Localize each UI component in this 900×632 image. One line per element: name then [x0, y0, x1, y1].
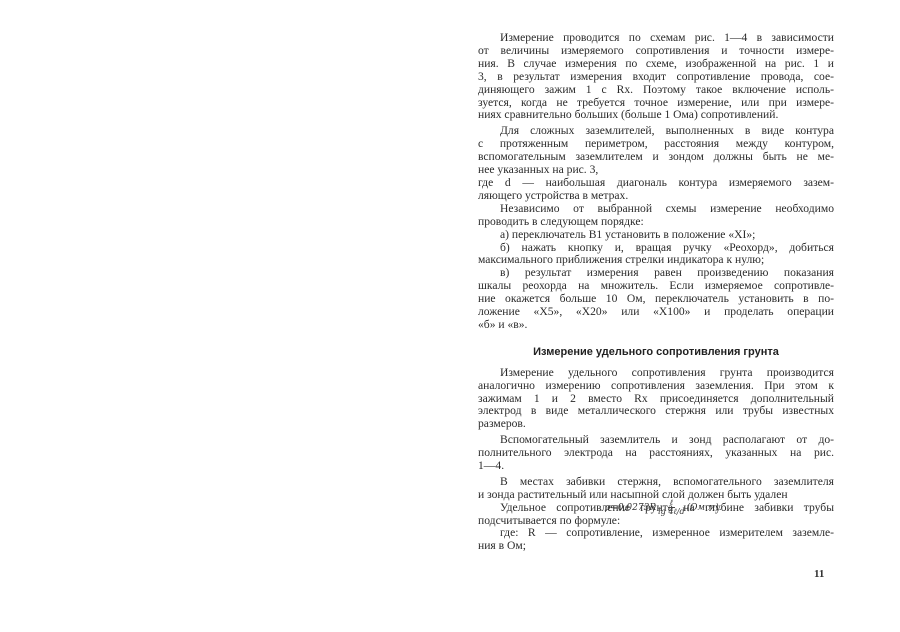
text-line: проводить в следующем порядке:	[478, 216, 834, 229]
text-line: Измерение проводится по схемам рис. 1—4 …	[478, 32, 834, 45]
section-heading: Измерение удельного сопротивления грунта	[478, 346, 834, 359]
text-line: ния в Ом;	[478, 540, 834, 553]
paragraph-diagonal-definition: где d — наибольшая диагональ контура изм…	[478, 177, 834, 203]
text-line: 3, в результат измерения входит сопротив…	[478, 71, 834, 84]
paragraph-soil-resistivity: Измерение удельного сопротивления грунта…	[478, 367, 834, 432]
text-line: Независимо от выбранной схемы измерение …	[478, 203, 834, 216]
text-line: «б» и «в».	[478, 319, 834, 332]
resistivity-formula: ρ=0,0273R ℓ lg 4ℓ/d (Ом·м).	[605, 499, 722, 516]
text-line: полнительного электрода на расстояниях, …	[478, 447, 834, 460]
text-line: ляющего устройства в метрах.	[478, 190, 834, 203]
text-line: электрод в виде металлического стержня и…	[478, 405, 834, 418]
text-line: 1—4.	[478, 460, 834, 473]
formula-unit: (Ом·м).	[687, 503, 722, 513]
text-line: ложение «X5», «X20» или «X100» и продела…	[478, 306, 834, 319]
procedure-step-b: б) нажать кнопку и, вращая ручку «Реохор…	[478, 242, 834, 268]
paragraph-procedure-intro: Независимо от выбранной схемы измерение …	[478, 203, 834, 229]
procedure-step-a: а) переключатель В1 установить в положен…	[478, 229, 834, 242]
procedure-step-c: в) результат измерения равен произведени…	[478, 267, 834, 332]
text-line: где: R — сопротивление, измеренное измер…	[478, 527, 834, 540]
formula-lhs: ρ=0,0273R	[605, 503, 656, 513]
text-line: диняющего зажим 1 с Rx. Поэтому такое вк…	[478, 84, 834, 97]
text-line: где d — наибольшая диагональ контура изм…	[478, 177, 834, 190]
formula-fraction: ℓ lg 4ℓ/d	[658, 499, 684, 516]
paragraph-auxiliary-placement: Вспомогательный заземлитель и зонд распо…	[478, 434, 834, 473]
paragraph-topsoil-removal: В местах забивки стержня, вспомогательно…	[478, 476, 834, 502]
text-line: В местах забивки стержня, вспомогательно…	[478, 476, 834, 489]
text-line: Измерение удельного сопротивления грунта…	[478, 367, 834, 380]
text-line: от величины измеряемого сопротивления и …	[478, 45, 834, 58]
document-page-text: Измерение проводится по схемам рис. 1—4 …	[478, 32, 834, 528]
formula-denominator: lg 4ℓ/d	[658, 508, 684, 516]
paragraph-measurement-schemes: Измерение проводится по схемам рис. 1—4 …	[478, 32, 834, 122]
paragraph-complex-grounding: Для сложных заземлителей, выполненных в …	[478, 125, 834, 177]
text-line: размеров.	[478, 418, 834, 431]
text-line: ния. В случае измерения по схеме, изобра…	[478, 58, 834, 71]
paragraph-formula-legend: где: R — сопротивление, измеренное измер…	[478, 527, 834, 553]
text-line: а) переключатель В1 установить в положен…	[478, 229, 834, 242]
text-line: ниях сравнительно больших (больше 1 Ома)…	[478, 109, 834, 122]
text-line: аналогично измерению сопротивления зазем…	[478, 380, 834, 393]
page-number: 11	[814, 568, 824, 580]
